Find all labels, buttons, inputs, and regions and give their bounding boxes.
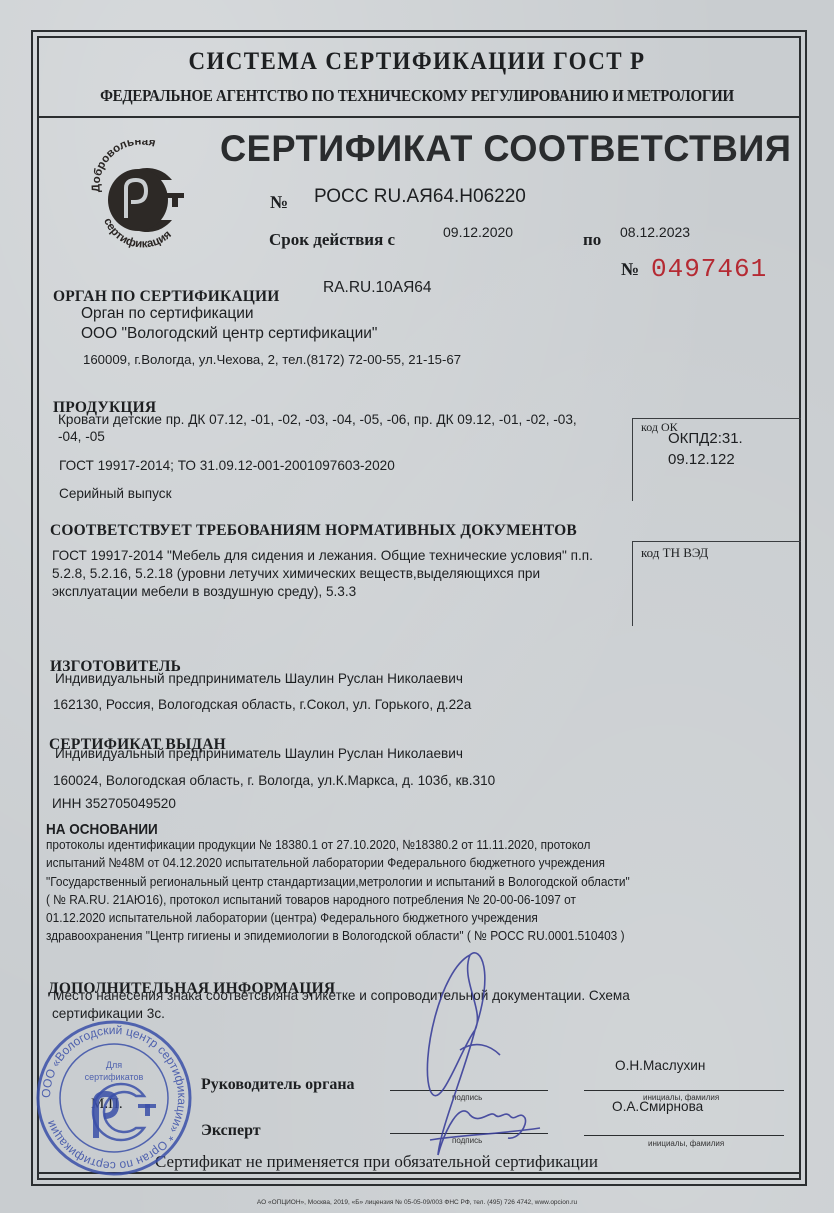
form-number-sign: № xyxy=(621,259,639,280)
issued-to-address: 160024, Вологодская область, г. Вологда,… xyxy=(53,773,495,788)
expert-name: О.А.Смирнова xyxy=(612,1099,703,1114)
certificate-number: РОСС RU.АЯ64.Н06220 xyxy=(314,186,526,208)
number-sign: № xyxy=(270,192,288,213)
stamp-inner-top: Для xyxy=(106,1060,122,1070)
basis-line: ( № RA.RU. 21АЮ16), протокол испытаний т… xyxy=(46,891,630,909)
compliance-heading: СООТВЕТСТВУЕТ ТРЕБОВАНИЯМ НОРМАТИВНЫХ ДО… xyxy=(50,522,577,540)
cert-body-line1: Орган по сертификации xyxy=(81,305,254,323)
tnved-code-label: код ТН ВЭД xyxy=(641,545,708,561)
handwritten-signature-icon xyxy=(400,940,580,1180)
compliance-line-2: 5.2.8, 5.2.16, 5.2.18 (уровни летучих хи… xyxy=(52,565,540,583)
cert-body-code: RA.RU.10АЯ64 xyxy=(323,279,432,297)
head-of-body-label: Руководитель органа xyxy=(201,1076,355,1094)
form-serial-number: 0497461 xyxy=(651,254,767,284)
compliance-line-1: ГОСТ 19917-2014 "Мебель для сидения и ле… xyxy=(52,547,593,565)
basis-line: испытаний №48М от 04.12.2020 испытательн… xyxy=(46,854,630,872)
stamp-inner-bottom: сертификатов xyxy=(85,1072,144,1082)
valid-to: 08.12.2023 xyxy=(620,224,690,240)
ok-code-line-1: ОКПД2:31. xyxy=(668,430,743,447)
head-name-line xyxy=(584,1090,784,1091)
basis-text: протоколы идентификации продукции № 1838… xyxy=(46,836,630,946)
expert-name-caption: инициалы, фамилия xyxy=(648,1139,724,1148)
product-release-type: Серийный выпуск xyxy=(59,486,172,501)
system-title: СИСТЕМА СЕРТИФИКАЦИИ ГОСТ Р xyxy=(33,48,800,76)
valid-from: 09.12.2020 xyxy=(443,224,513,240)
agency-name: ФЕДЕРАЛЬНОЕ АГЕНТСТВО ПО ТЕХНИЧЕСКОМУ РЕ… xyxy=(50,86,784,106)
product-line-2: -04, -05 xyxy=(58,428,105,446)
cert-body-address: 160009, г.Вологда, ул.Чехова, 2, тел.(81… xyxy=(83,352,461,367)
issued-to-inn: ИНН 352705049520 xyxy=(52,796,176,811)
rst-logo-icon: Добровольная сертификация xyxy=(86,140,196,250)
cert-body-heading: ОРГАН ПО СЕРТИФИКАЦИИ xyxy=(53,288,280,306)
manufacturer-name: Индивидуальный предприниматель Шаулин Ру… xyxy=(55,671,463,686)
certificate-title: СЕРТИФИКАТ СООТВЕТСТВИЯ xyxy=(220,128,791,170)
ok-code-line-2: 09.12.122 xyxy=(668,451,735,468)
certification-seal-icon: ООО «Вологодский центр сертификации» * О… xyxy=(34,1018,194,1178)
cert-body-name: ООО "Вологодский центр сертификации" xyxy=(81,325,377,343)
manufacturer-address: 162130, Россия, Вологодская область, г.С… xyxy=(53,697,471,712)
validity-label: Срок действия с xyxy=(269,230,395,250)
product-standard: ГОСТ 19917-2014; ТО 31.09.12-001-2001097… xyxy=(59,458,395,473)
head-name: О.Н.Маслухин xyxy=(615,1058,705,1073)
basis-line: 01.12.2020 испытательной лаборатории (це… xyxy=(46,909,630,927)
basis-line: "Государственный региональный центр стан… xyxy=(46,873,630,891)
header-divider xyxy=(37,116,799,118)
product-line-1: Кровати детские пр. ДК 07.12, -01, -02, … xyxy=(58,411,577,429)
expert-label: Эксперт xyxy=(201,1122,261,1140)
expert-name-line xyxy=(584,1135,784,1136)
valid-to-label: по xyxy=(583,230,601,250)
printer-info: АО «ОПЦИОН», Москва, 2019, «Б» лицензия … xyxy=(0,1199,834,1206)
compliance-line-3: эксплуатации мебели в воздушную среду), … xyxy=(52,583,356,601)
issued-to-name: Индивидуальный предприниматель Шаулин Ру… xyxy=(55,746,463,761)
basis-line: протоколы идентификации продукции № 1838… xyxy=(46,836,630,854)
